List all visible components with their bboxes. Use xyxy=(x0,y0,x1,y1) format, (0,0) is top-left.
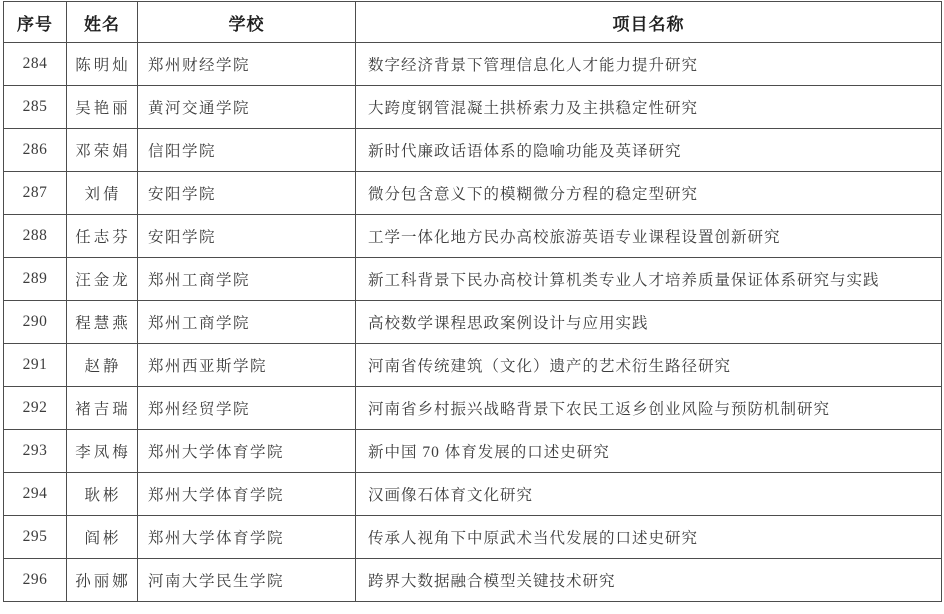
cell-no: 285 xyxy=(4,86,67,129)
cell-project: 微分包含意义下的模糊微分方程的稳定型研究 xyxy=(356,172,942,215)
cell-name: 阎彬 xyxy=(67,516,138,559)
table-row: 287刘倩安阳学院微分包含意义下的模糊微分方程的稳定型研究 xyxy=(4,172,942,215)
projects-table: 序号 姓名 学校 项目名称 284陈明灿郑州财经学院数字经济背景下管理信息化人才… xyxy=(3,1,942,602)
cell-no: 296 xyxy=(4,559,67,602)
cell-name: 任志芬 xyxy=(67,215,138,258)
cell-project: 新工科背景下民办高校计算机类专业人才培养质量保证体系研究与实践 xyxy=(356,258,942,301)
cell-project: 跨界大数据融合模型关键技术研究 xyxy=(356,559,942,602)
cell-no: 291 xyxy=(4,344,67,387)
header-cell-name: 姓名 xyxy=(67,2,138,43)
header-cell-school: 学校 xyxy=(138,2,356,43)
cell-project: 新中国 70 体育发展的口述史研究 xyxy=(356,430,942,473)
cell-no: 289 xyxy=(4,258,67,301)
cell-no: 286 xyxy=(4,129,67,172)
cell-name: 邓荣娟 xyxy=(67,129,138,172)
cell-school: 郑州西亚斯学院 xyxy=(138,344,356,387)
cell-name: 耿彬 xyxy=(67,473,138,516)
cell-school: 郑州大学体育学院 xyxy=(138,473,356,516)
cell-no: 287 xyxy=(4,172,67,215)
cell-project: 高校数学课程思政案例设计与应用实践 xyxy=(356,301,942,344)
table-row: 291赵静郑州西亚斯学院河南省传统建筑（文化）遗产的艺术衍生路径研究 xyxy=(4,344,942,387)
table-row: 295阎彬郑州大学体育学院传承人视角下中原武术当代发展的口述史研究 xyxy=(4,516,942,559)
cell-school: 郑州大学体育学院 xyxy=(138,430,356,473)
table-row: 285吴艳丽黄河交通学院大跨度钢管混凝土拱桥索力及主拱稳定性研究 xyxy=(4,86,942,129)
cell-name: 孙丽娜 xyxy=(67,559,138,602)
cell-school: 郑州工商学院 xyxy=(138,301,356,344)
cell-project: 新时代廉政话语体系的隐喻功能及英译研究 xyxy=(356,129,942,172)
cell-no: 288 xyxy=(4,215,67,258)
cell-no: 293 xyxy=(4,430,67,473)
cell-project: 数字经济背景下管理信息化人才能力提升研究 xyxy=(356,43,942,86)
header-cell-project: 项目名称 xyxy=(356,2,942,43)
cell-no: 284 xyxy=(4,43,67,86)
table-row: 296孙丽娜河南大学民生学院跨界大数据融合模型关键技术研究 xyxy=(4,559,942,602)
table-row: 292褚吉瑞郑州经贸学院河南省乡村振兴战略背景下农民工返乡创业风险与预防机制研究 xyxy=(4,387,942,430)
cell-name: 褚吉瑞 xyxy=(67,387,138,430)
cell-school: 黄河交通学院 xyxy=(138,86,356,129)
table-row: 294耿彬郑州大学体育学院汉画像石体育文化研究 xyxy=(4,473,942,516)
cell-school: 郑州财经学院 xyxy=(138,43,356,86)
cell-school: 河南大学民生学院 xyxy=(138,559,356,602)
table-row: 286邓荣娟信阳学院新时代廉政话语体系的隐喻功能及英译研究 xyxy=(4,129,942,172)
header-row: 序号 姓名 学校 项目名称 xyxy=(4,2,942,43)
cell-project: 工学一体化地方民办高校旅游英语专业课程设置创新研究 xyxy=(356,215,942,258)
cell-name: 吴艳丽 xyxy=(67,86,138,129)
cell-name: 刘倩 xyxy=(67,172,138,215)
cell-school: 安阳学院 xyxy=(138,172,356,215)
cell-name: 程慧燕 xyxy=(67,301,138,344)
cell-school: 安阳学院 xyxy=(138,215,356,258)
table-row: 290程慧燕郑州工商学院高校数学课程思政案例设计与应用实践 xyxy=(4,301,942,344)
table-row: 293李凤梅郑州大学体育学院新中国 70 体育发展的口述史研究 xyxy=(4,430,942,473)
cell-no: 295 xyxy=(4,516,67,559)
cell-project: 河南省传统建筑（文化）遗产的艺术衍生路径研究 xyxy=(356,344,942,387)
cell-name: 汪金龙 xyxy=(67,258,138,301)
table-row: 284陈明灿郑州财经学院数字经济背景下管理信息化人才能力提升研究 xyxy=(4,43,942,86)
cell-name: 李凤梅 xyxy=(67,430,138,473)
cell-project: 大跨度钢管混凝土拱桥索力及主拱稳定性研究 xyxy=(356,86,942,129)
cell-school: 郑州大学体育学院 xyxy=(138,516,356,559)
header-cell-no: 序号 xyxy=(4,2,67,43)
table-row: 289汪金龙郑州工商学院新工科背景下民办高校计算机类专业人才培养质量保证体系研究… xyxy=(4,258,942,301)
page: 序号 姓名 学校 项目名称 284陈明灿郑州财经学院数字经济背景下管理信息化人才… xyxy=(0,1,944,614)
cell-no: 290 xyxy=(4,301,67,344)
cell-name: 陈明灿 xyxy=(67,43,138,86)
cell-project: 汉画像石体育文化研究 xyxy=(356,473,942,516)
table-body: 284陈明灿郑州财经学院数字经济背景下管理信息化人才能力提升研究285吴艳丽黄河… xyxy=(4,43,942,602)
cell-no: 292 xyxy=(4,387,67,430)
cell-school: 郑州经贸学院 xyxy=(138,387,356,430)
cell-project: 河南省乡村振兴战略背景下农民工返乡创业风险与预防机制研究 xyxy=(356,387,942,430)
cell-no: 294 xyxy=(4,473,67,516)
table-row: 288任志芬安阳学院工学一体化地方民办高校旅游英语专业课程设置创新研究 xyxy=(4,215,942,258)
cell-name: 赵静 xyxy=(67,344,138,387)
cell-project: 传承人视角下中原武术当代发展的口述史研究 xyxy=(356,516,942,559)
table-header: 序号 姓名 学校 项目名称 xyxy=(4,2,942,43)
cell-school: 信阳学院 xyxy=(138,129,356,172)
cell-school: 郑州工商学院 xyxy=(138,258,356,301)
